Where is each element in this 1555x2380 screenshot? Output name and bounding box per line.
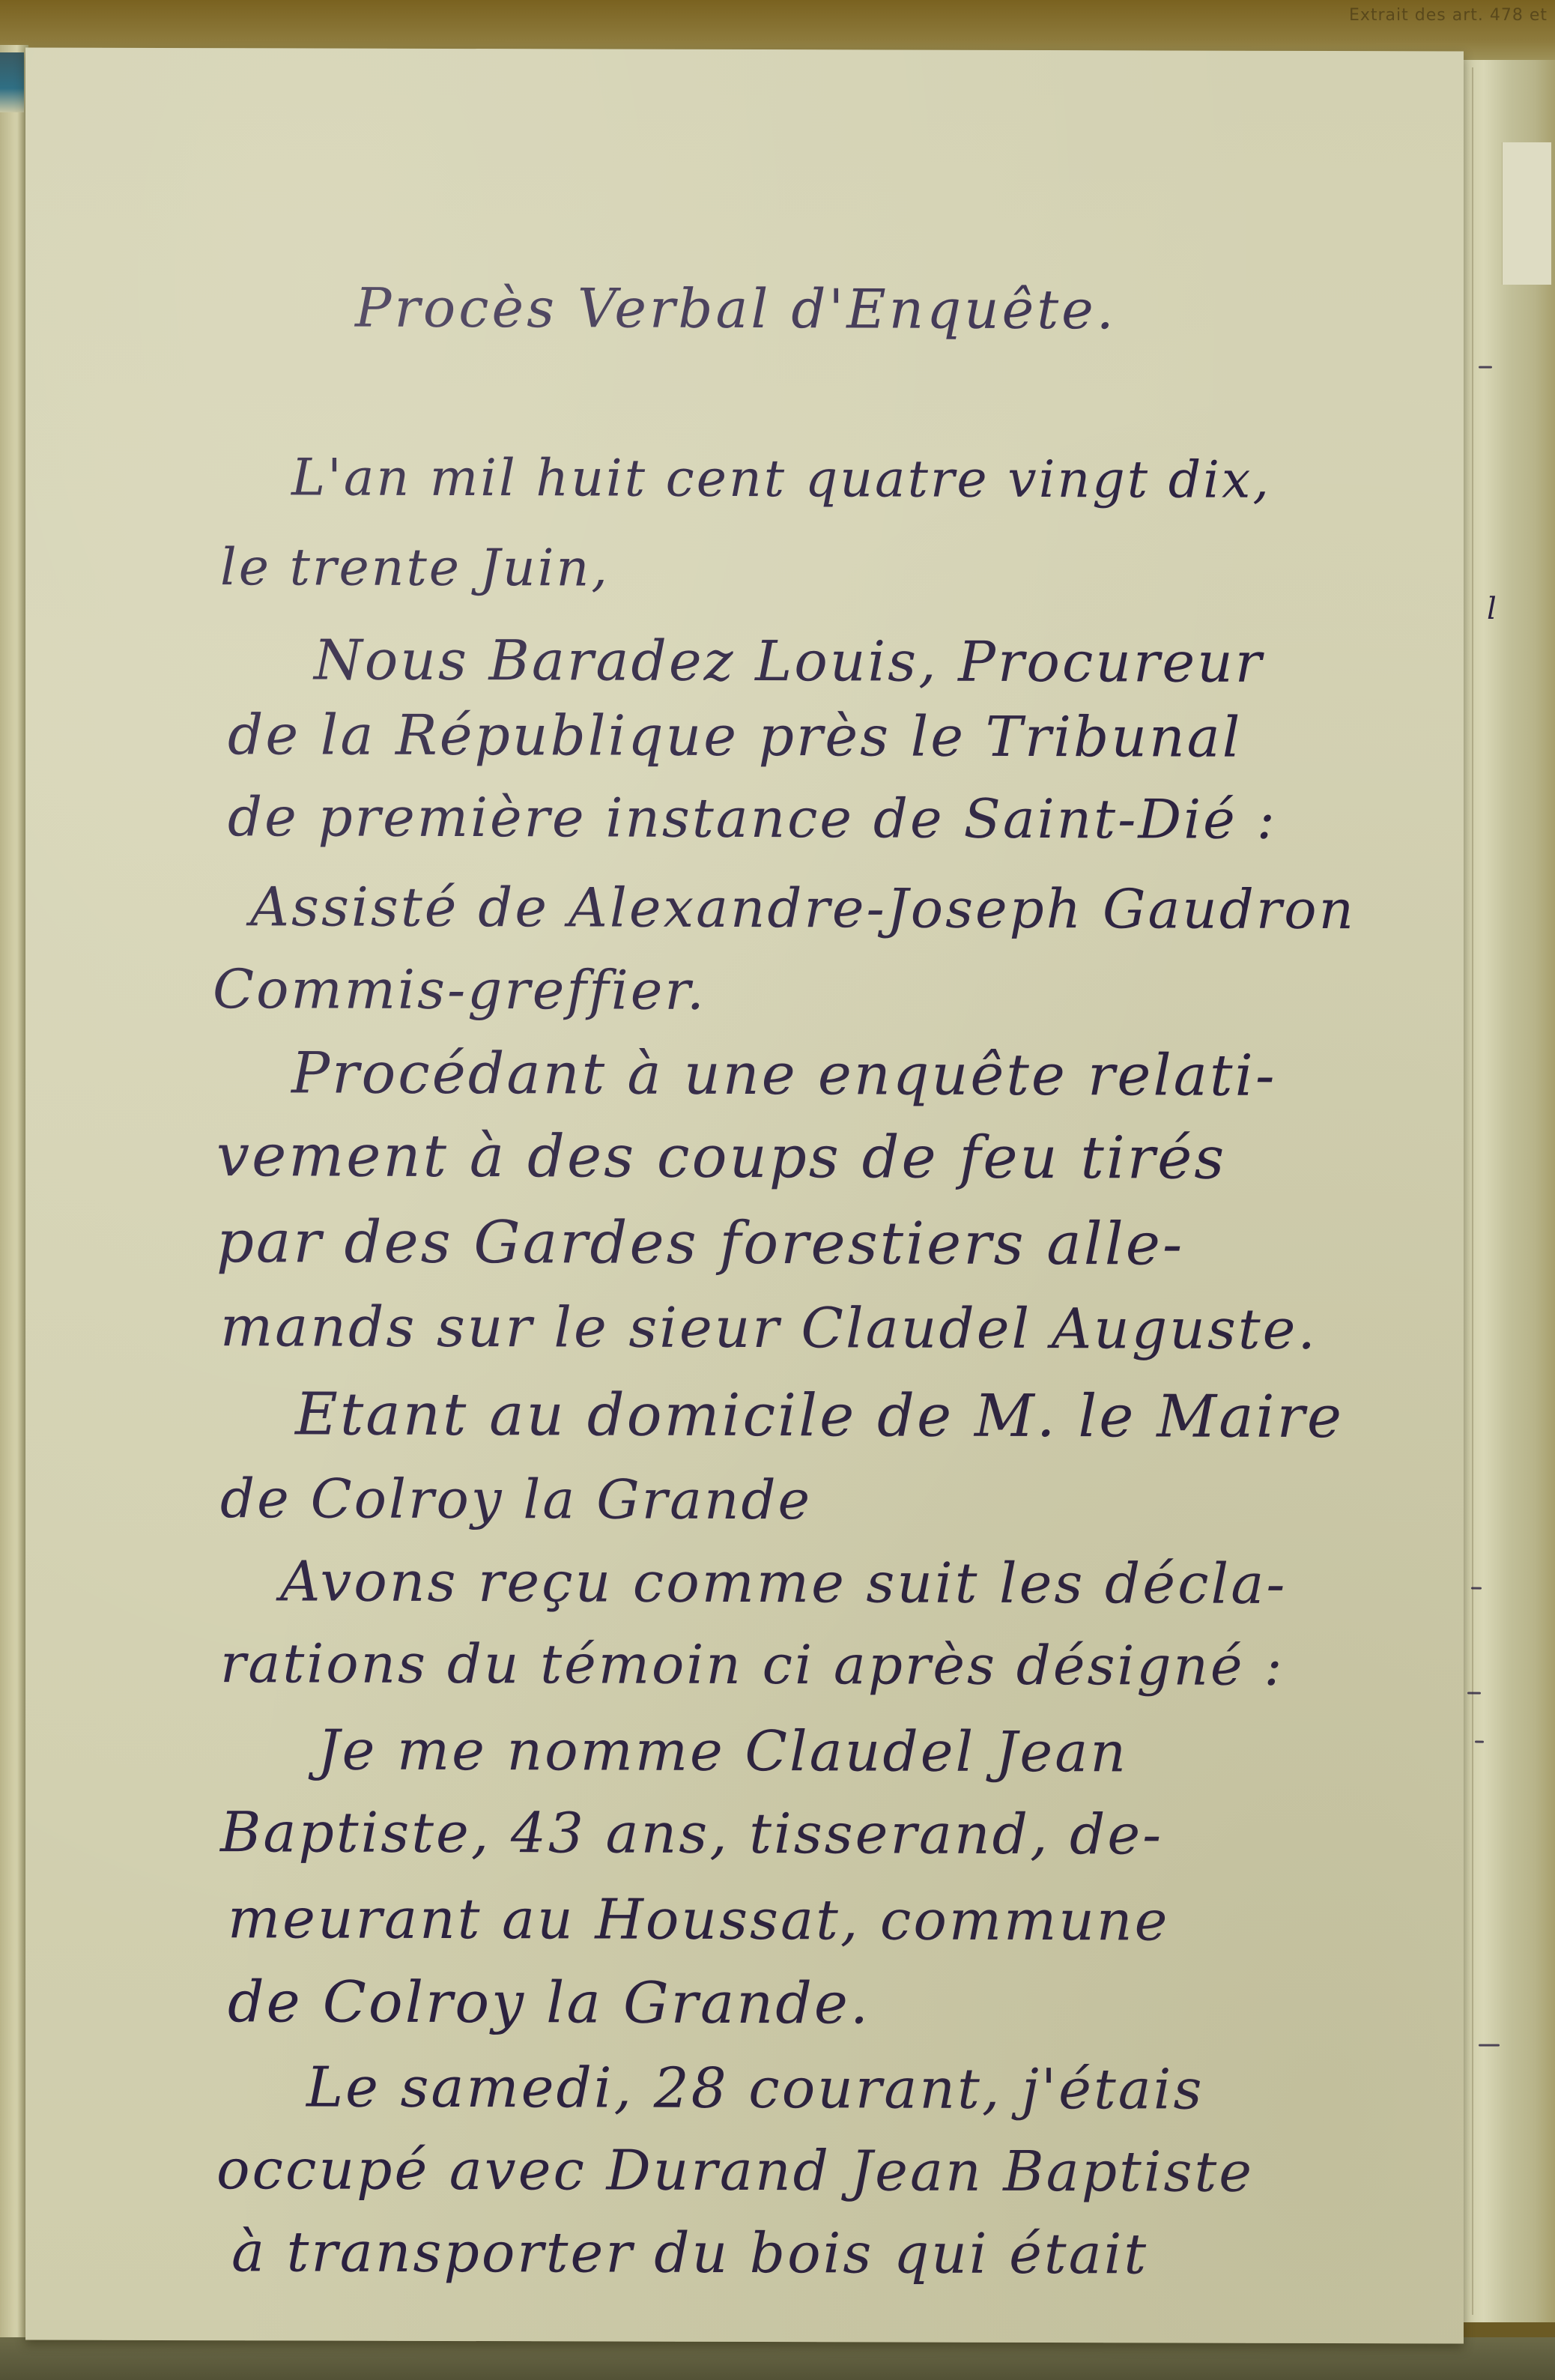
- left-paper-edge: [0, 45, 28, 2380]
- text-line: le trente Juin,: [220, 542, 610, 594]
- text-line: vement à des coups de feu tirés: [216, 1127, 1226, 1188]
- text-line: Je me nomme Claudel Jean: [318, 1723, 1128, 1781]
- margin-mark: l: [1487, 592, 1497, 626]
- ink-tick: [1471, 1587, 1482, 1590]
- ink-tick: [1475, 1741, 1484, 1743]
- text-line: Assisté de Alexandre-Joseph Gaudron: [250, 879, 1356, 936]
- left-blue-corner: [0, 52, 24, 112]
- text-line: Nous Baradez Louis, Procureur: [314, 632, 1264, 690]
- bottom-shadow: [0, 2337, 1555, 2380]
- text-line: Etant au domicile de M. le Maire: [295, 1385, 1344, 1447]
- text-line: rations du témoin ci après désigné :: [220, 1636, 1285, 1693]
- ink-tick: [1479, 366, 1492, 369]
- document-title: Procès Verbal d'Enquête.: [355, 281, 1117, 337]
- text-line: mands sur le sieur Claudel Auguste.: [220, 1299, 1318, 1357]
- document-sheet: Procès Verbal d'Enquête. L'an mil huit c…: [25, 47, 1464, 2343]
- text-line: Commis-greffier.: [213, 962, 706, 1017]
- text-line: L'an mil huit cent quatre vingt dix,: [291, 452, 1271, 506]
- text-line: de Colroy la Grande: [220, 1471, 812, 1527]
- text-line: de la République près le Tribunal: [228, 707, 1242, 766]
- text-line: Baptiste, 43 ans, tisserand, de-: [220, 1805, 1163, 1862]
- text-line: meurant au Houssat, commune: [228, 1891, 1169, 1948]
- text-line: de première instance de Saint-Dié :: [228, 790, 1277, 847]
- text-line: de Colroy la Grande.: [228, 1973, 870, 2032]
- text-line: par des Gardes forestiers alle-: [216, 1213, 1184, 1274]
- ink-tick: [1467, 1692, 1481, 1695]
- folder-label: Extrait des art. 478 et: [1349, 6, 1548, 25]
- ink-tick: [1479, 2044, 1500, 2047]
- text-line: Procédant à une enquête relati-: [291, 1044, 1277, 1103]
- text-line: Le samedi, 28 courant, j'étais: [306, 2059, 1204, 2117]
- text-line: Avons reçu comme suit les décla-: [280, 1554, 1287, 1612]
- stack-edge-line: [1472, 67, 1473, 2315]
- right-paper-stack: [1453, 60, 1555, 2322]
- text-line: à transporter du bois qui était: [231, 2224, 1148, 2282]
- right-paper-tab: [1502, 142, 1551, 285]
- text-line: occupé avec Durand Jean Baptiste: [216, 2142, 1254, 2200]
